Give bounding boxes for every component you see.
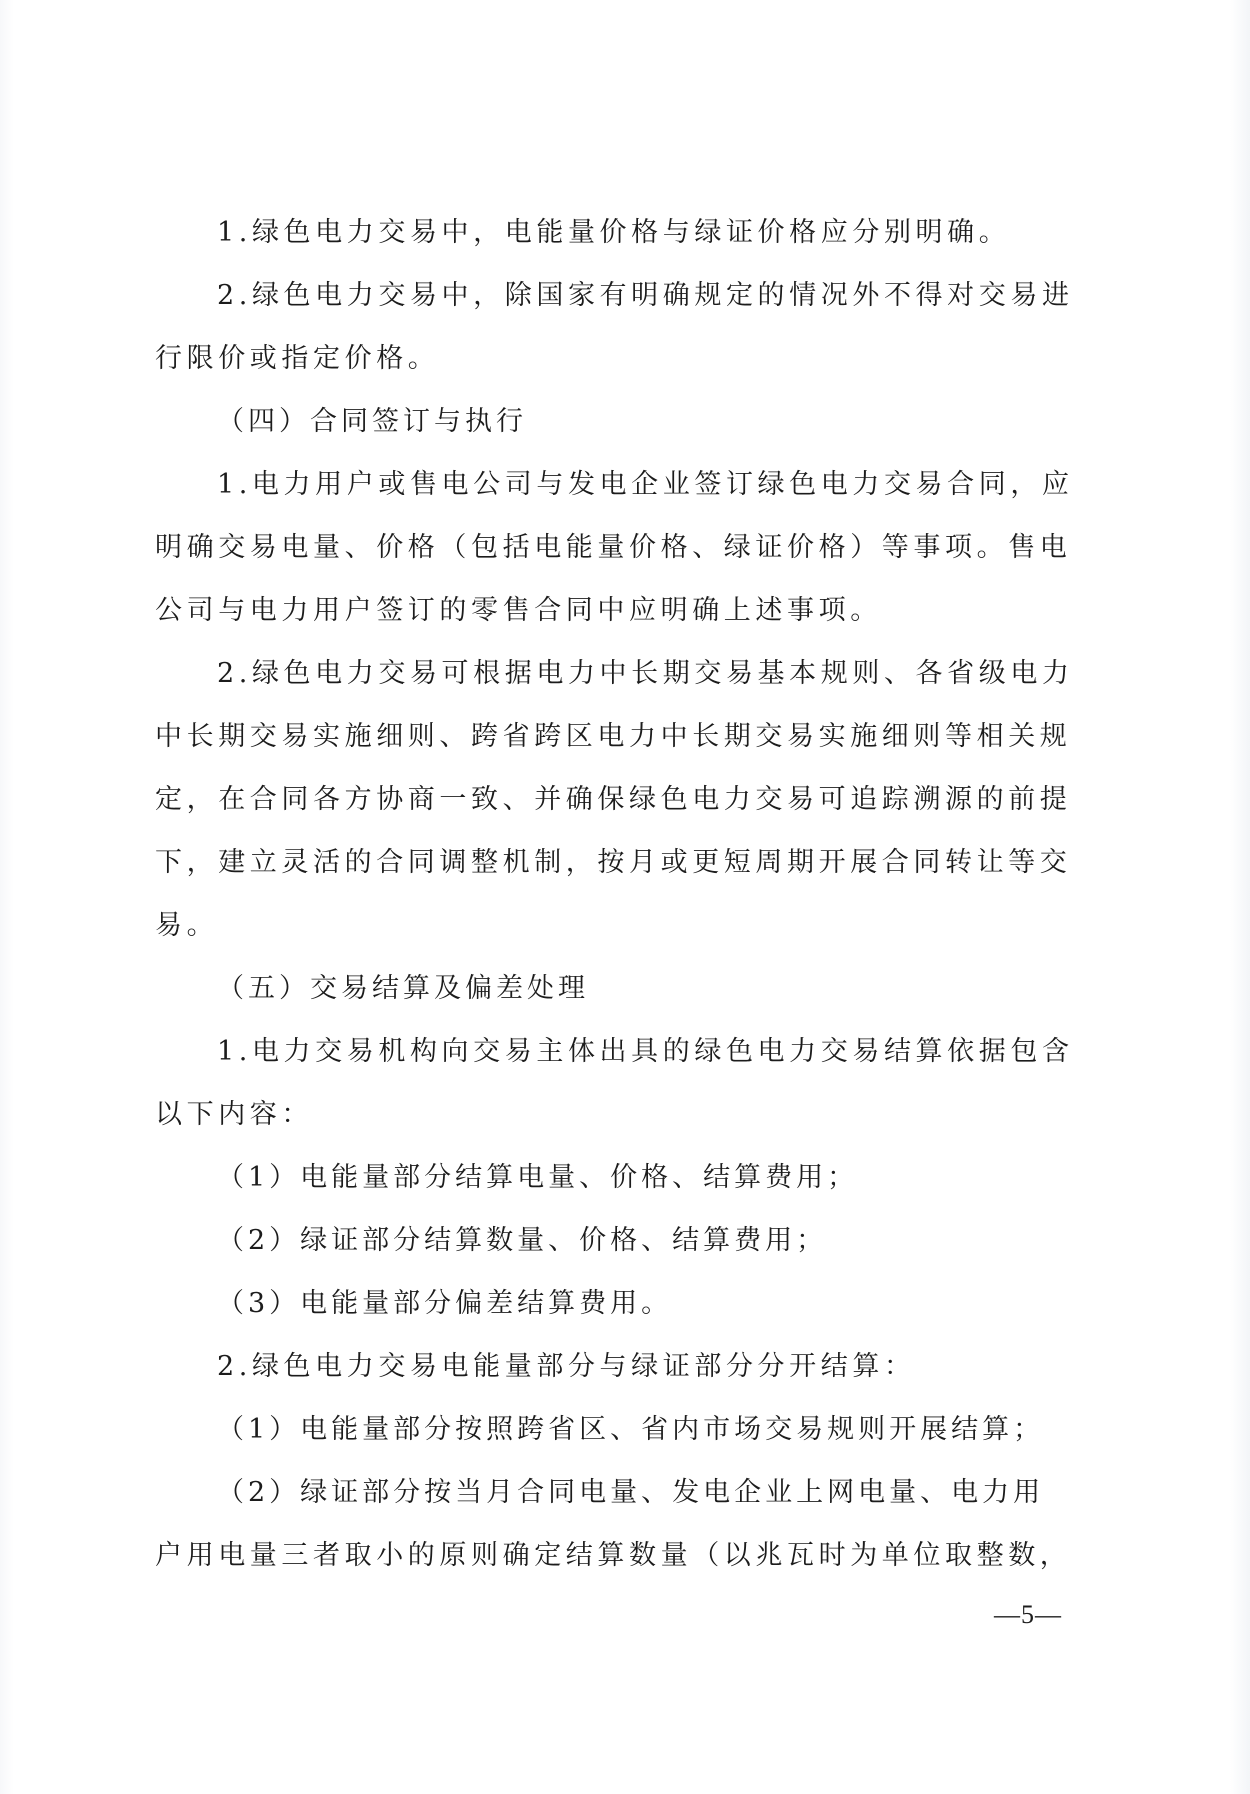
paragraph-line: 户用电量三者取小的原则确定结算数量（以兆瓦时为单位取整数， [155,1536,1071,1576]
paragraph-line: 以下内容： [155,1095,313,1135]
paragraph-line: 1.电力交易机构向交易主体出具的绿色电力交易结算依据包含 [217,1032,1074,1072]
paragraph-line: 1.电力用户或售电公司与发电企业签订绿色电力交易合同，应 [217,465,1074,505]
document-page: 1.绿色电力交易中，电能量价格与绿证价格应分别明确。 2.绿色电力交易中，除国家… [0,0,1250,1794]
paragraph-line: 2.绿色电力交易可根据电力中长期交易基本规则、各省级电力 [217,654,1074,694]
paragraph-line: 2.绿色电力交易中，除国家有明确规定的情况外不得对交易进 [217,276,1074,316]
paragraph-line: 行限价或指定价格。 [155,339,439,379]
section-heading: （四）合同签订与执行 [217,402,527,442]
paragraph-line: 中长期交易实施细则、跨省跨区电力中长期交易实施细则等相关规 [155,717,1071,757]
paragraph-line: 2.绿色电力交易电能量部分与绿证部分分开结算： [217,1347,916,1387]
paragraph-line: 1.绿色电力交易中，电能量价格与绿证价格应分别明确。 [217,213,1010,253]
section-heading: （五）交易结算及偏差处理 [217,969,589,1009]
paragraph-line: 易。 [155,906,218,946]
paragraph-line: 定，在合同各方协商一致、并确保绿色电力交易可追踪溯源的前提 [155,780,1071,820]
list-item: （1）电能量部分结算电量、价格、结算费用； [217,1158,858,1198]
paragraph-line: 下，建立灵活的合同调整机制，按月或更短周期开展合同转让等交 [155,843,1071,883]
list-item: （2）绿证部分结算数量、价格、结算费用； [217,1221,827,1261]
paragraph-line: 公司与电力用户签订的零售合同中应明确上述事项。 [155,591,882,631]
paragraph-line: 明确交易电量、价格（包括电能量价格、绿证价格）等事项。售电 [155,528,1071,568]
page-number: —5— [982,1597,1074,1633]
list-item: （2）绿证部分按当月合同电量、发电企业上网电量、电力用 [217,1473,1044,1513]
list-item: （1）电能量部分按照跨省区、省内市场交易规则开展结算； [217,1410,1044,1450]
list-item: （3）电能量部分偏差结算费用。 [217,1284,672,1324]
